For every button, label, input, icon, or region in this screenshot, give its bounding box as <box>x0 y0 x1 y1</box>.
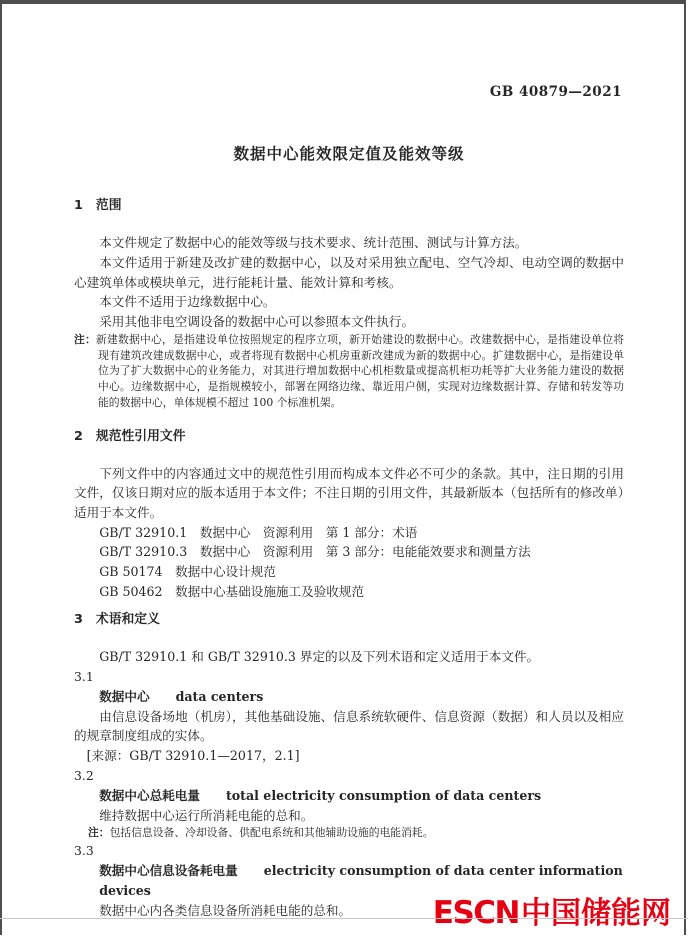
section-3-intro: GB/T 32910.1 和 GB/T 32910.3 界定的以及下列术语和定义… <box>74 647 624 667</box>
standard-number: GB 40879—2021 <box>74 84 624 100</box>
escn-logo-text-en: ESCN <box>433 895 519 931</box>
section-1-heading: 1范围 <box>74 198 624 213</box>
term-chinese: 数据中心 <box>99 689 149 704</box>
term-note: 注：包括信息设备、冷却设备、供配电系统和其他辅助设施的电能消耗。 <box>74 825 624 841</box>
section-2-number: 2 <box>74 429 83 444</box>
term-english: total electricity consumption of data ce… <box>226 788 541 803</box>
section-3-number: 3 <box>74 612 83 627</box>
term-clause-number: 3.2 <box>74 766 624 786</box>
term-heading: 数据中心data centers <box>74 687 624 707</box>
term-definition: 由信息设备场地（机房），其他基础设施、信息系统软硬件、信息资源（数据）和人员以及… <box>74 707 624 747</box>
note-label: 注： <box>74 333 96 346</box>
note-label: 注： <box>88 826 110 839</box>
reference-item: GB 50462 数据中心基础设施施工及验收规范 <box>74 582 624 602</box>
escn-logo: ESCN中国储能网 <box>433 888 671 932</box>
section-3-title: 术语和定义 <box>96 612 160 627</box>
term-source: [来源：GB/T 32910.1—2017，2.1] <box>74 746 624 766</box>
term-clause-number: 3.3 <box>74 841 624 861</box>
term-clause-number: 3.1 <box>74 667 624 687</box>
page-bottom-rule <box>0 918 688 919</box>
section-1-paragraph: 本文件适用于新建及改扩建的数据中心，以及对采用独立配电、空气冷却、电动空调的数据… <box>74 253 624 293</box>
note-text: 新建数据中心，是指建设单位按照规定的程序立项，新开始建设的数据中心。改建数据中心… <box>96 333 624 409</box>
section-2-heading: 2规范性引用文件 <box>74 429 624 444</box>
term-heading: 数据中心总耗电量total electricity consumption of… <box>74 786 624 806</box>
document-page: GB 40879—2021 数据中心能效限定值及能效等级 1范围 本文件规定了数… <box>0 0 686 935</box>
section-1-paragraph: 本文件规定了数据中心的能效等级与技术要求、统计范围、测试与计算方法。 <box>74 233 624 253</box>
term-chinese: 数据中心总耗电量 <box>99 788 200 803</box>
reference-item: GB/T 32910.3 数据中心 资源利用 第 3 部分：电能能效要求和测量方… <box>74 542 624 562</box>
section-1-note: 注：新建数据中心，是指建设单位按照规定的程序立项，新开始建设的数据中心。改建数据… <box>74 332 624 411</box>
section-1-paragraph: 本文件不适用于边缘数据中心。 <box>74 292 624 312</box>
document-title: 数据中心能效限定值及能效等级 <box>74 142 624 164</box>
section-2-intro: 下列文件中的内容通过文中的规范性引用而构成本文件必不可少的条款。其中，注日期的引… <box>74 464 624 523</box>
reference-item: GB/T 32910.1 数据中心 资源利用 第 1 部分：术语 <box>74 523 624 543</box>
note-text: 包括信息设备、冷却设备、供配电系统和其他辅助设施的电能消耗。 <box>110 826 434 839</box>
reference-item: GB 50174 数据中心设计规范 <box>74 562 624 582</box>
section-1-title: 范围 <box>96 198 122 213</box>
section-2-title: 规范性引用文件 <box>96 429 186 444</box>
term-english: data centers <box>176 689 264 704</box>
section-1-number: 1 <box>74 198 83 213</box>
escn-logo-text-cn: 中国储能网 <box>521 896 671 931</box>
section-1-paragraph: 采用其他非电空调设备的数据中心可以参照本文件执行。 <box>74 312 624 332</box>
page-content: GB 40879—2021 数据中心能效限定值及能效等级 1范围 本文件规定了数… <box>74 84 624 920</box>
term-chinese: 数据中心信息设备耗电量 <box>99 863 238 878</box>
section-3-heading: 3术语和定义 <box>74 612 624 627</box>
term-definition: 维持数据中心运行所消耗电能的总和。 <box>74 806 624 826</box>
